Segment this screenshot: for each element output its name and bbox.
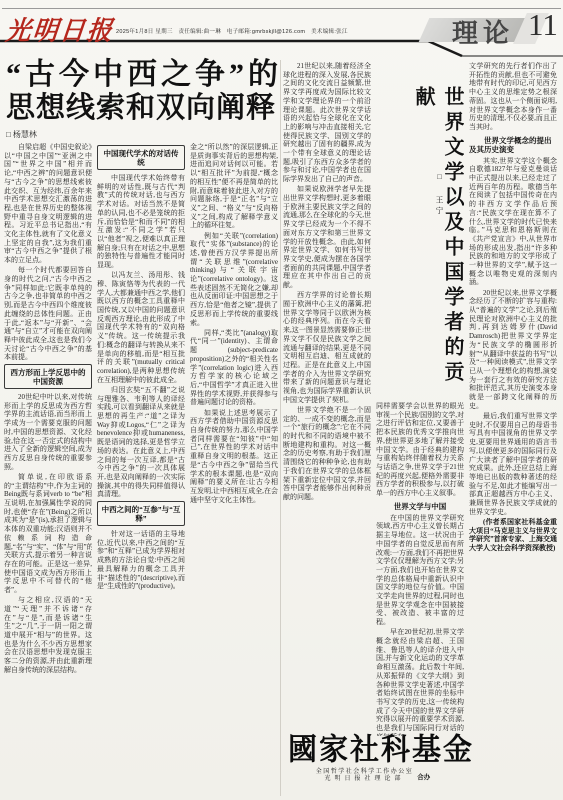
paragraph: 以冯友兰、汤用彤、钱穆、陈寅恪等为代表的一代学人,大都兼通中西之学,他们既以西方…: [97, 271, 185, 384]
right-article-column-3: 文学研究的先行者们作出了开拓性的贡献,但也不可避免地带有时代的印记,可见西方中心…: [469, 62, 557, 793]
paragraph: 21世纪以来,随着经济全球化进程的深入发展,各民族之间的文化交流日益频繁,世界文…: [283, 62, 371, 184]
newspaper-page: 光明日报 2025年1月8日 星期三 责任编辑:曲一琳 电子邮箱:gmrbskj…: [0, 0, 563, 800]
paragraph: 同样需要学会以世界的眼光审视一个民族/国别的文学,对之进行评估和定位,又要善于把…: [376, 402, 464, 498]
paragraph: 例如“关联”(correlation)取代“实体”(substance)的论述,…: [190, 232, 278, 328]
left-article-header: “古今中西之争”的 思想线索和双向阐释 □ 杨慧林: [6, 58, 280, 140]
paragraph: 归因玄奘“五不翻”之说与理雅各、韦利等人的译经实践,可以看到翻译从来就是思想的再…: [97, 386, 185, 499]
fund-calligraphy: 國家社科基金: [288, 734, 458, 767]
paragraph: 针对这一话语的主导地位,近代以来,中西之间的“互参”和“互释”已成为学界相对成熟…: [97, 530, 185, 591]
subhead-west-metaphysics: 西方形而上学反思中的中国资源: [4, 364, 92, 389]
paragraph: 文学研究的先行者们作出了开拓性的贡献,但也不可避免地带有时代的印记,可见西方中心…: [469, 62, 557, 132]
right-article-title-vertical: 世界文学以及中国学者的贡献: [409, 86, 464, 396]
paragraph: 20世纪以来,世界文学概念经历了不断的扩容与重构:从“普遍的文学”之论,到后殖民…: [469, 289, 557, 411]
left-article-column-3: 金之“所以然”的深层逻辑,正是质询事实背后的思想构架,进而追问对话何以可能。若以…: [190, 143, 278, 795]
paragraph: 20世纪中叶以来,对传统形而上学的反思成为西方哲学界的主流话语,而当形而上学成为…: [4, 393, 92, 471]
masthead-dateline: 2025年1月8日 星期三 责任编辑:曲一琳 电子邮箱:gmrbskjll@12…: [116, 27, 348, 35]
paragraph: 每一个时代都要回答自身的时代之问,“古今中西之争”同样如此:它既非单纯的古今之争…: [4, 266, 92, 362]
paragraph: 简单说,在印欧语系的“主谓结构”中,作为主词的Being既与系词verb to …: [4, 473, 92, 595]
national-social-science-fund-block: 國家社科基金 全国哲学社会科学工作办公室 光明日报社理论部 合办: [288, 735, 458, 797]
left-article-column-2: 中国现代学术的对话传统 中国现代学术始终带有鲜明的对话性,既与古代“判教”式的传…: [97, 143, 185, 795]
paragraph: 其实,世界文学这个概念自歌德1827年与爱克曼谈话中正式提出以来,已经走过了近两…: [469, 157, 557, 288]
paragraph: 如果说欧洲学者早先提出世界文学构想时,更多着眼于欧洲主要民族文学之间的流通,那么…: [283, 185, 371, 289]
right-article-headline-block: 世界文学以及中国学者的贡献 □ 王宁: [376, 62, 464, 400]
left-article-title-line2: 思想线索和双向阐释: [6, 92, 280, 124]
fund-organizer-lines: 全国哲学社会科学工作办公室 光明日报社理论部: [316, 769, 414, 784]
newspaper-logo: 光明日报: [4, 10, 116, 48]
paragraph: 早在20世纪初,世界文学概念就经由梁启超、王国维、鲁迅等人的译介进入中国,并与新…: [376, 628, 464, 736]
paragraph: 西方学界的讨论曾长期囿于欧洲中心主义的藩篱,把世界文学等同于以欧洲为核心的经典序…: [283, 291, 371, 404]
subhead-mutual-interpretation: 中西之间的“互参”与“互释”: [97, 501, 185, 526]
paragraph: 最后,我们重写世界文学史时,不仅要用自己的母语书写具有中国视角的世界文学史,更要…: [469, 412, 557, 516]
paragraph: 与之相应,汉语的“天道”“天理”并不诉诸“存在”与“是”,而是诉诸“生生”之“几…: [4, 596, 92, 674]
subhead-world-literature-china: 世界文学与中国: [376, 502, 464, 511]
right-article-column-1: 21世纪以来,随着经济全球化进程的深入发展,各民族之间的文化交流日益频繁,世界文…: [283, 62, 371, 736]
left-article-title-line1: “古今中西之争”的: [6, 58, 280, 92]
article-divider-rule: [280, 60, 281, 796]
paragraph: 同样,“类比”(analogy)取代“同一”(identity)、主谓命题(su…: [190, 329, 278, 407]
paragraph: 世界文学绝不是一个固定的、一成不变的概念,而是一个“旅行的概念”:它在不同的时代…: [283, 406, 371, 502]
paragraph: 自梁启超《中国史叙论》以“中国之中国”“亚洲之中国”“世界之中国”相并而论,“中…: [4, 143, 92, 265]
subhead-concept-history: 世界文学概念的提出及其历史演变: [469, 136, 557, 154]
section-label: 理论: [452, 13, 514, 50]
paragraph: 中国现代学术始终带有鲜明的对话性,既与古代“判教”式的传统对话,也与西方学术对话…: [97, 174, 185, 270]
paragraph: 金之“所以然”的深层逻辑,正是质询事实背后的思想构架,进而追问对话何以可能。若以…: [190, 143, 278, 230]
left-article-column-1: 自梁启超《中国史叙论》以“中国之中国”“亚洲之中国”“世界之中国”相并而论,“中…: [4, 143, 92, 795]
page-number: 11: [528, 7, 558, 43]
right-article-column-2: 同样需要学会以世界的眼光审视一个民族/国别的文学,对之进行评估和定位,又要善于把…: [376, 402, 464, 736]
right-article-author: □ 王宁: [434, 172, 445, 217]
paragraph: 如果说上述思考展示了西方学者借助中国资源反思自身传统的努力,那么中国学者同样需要…: [190, 409, 278, 505]
left-article-author: □ 杨慧林: [6, 129, 280, 140]
subhead-dialogue-tradition: 中国现代学术的对话传统: [97, 145, 185, 170]
fund-co-label: 合办: [417, 772, 430, 781]
fund-organizer-line2: 光明日报社理论部: [316, 776, 414, 784]
fund-organizers: 全国哲学社会科学工作办公室 光明日报社理论部 合办: [288, 769, 458, 784]
author-credit: (作者系国家社科基金重大项目“马克思主义与世界文学研究”首席专家、上海交通大学人…: [469, 518, 557, 553]
paragraph: 在中国的世界文学研究领域,西方中心主义曾长期占据主导地位。这一状况由于中国学者的…: [376, 514, 464, 627]
